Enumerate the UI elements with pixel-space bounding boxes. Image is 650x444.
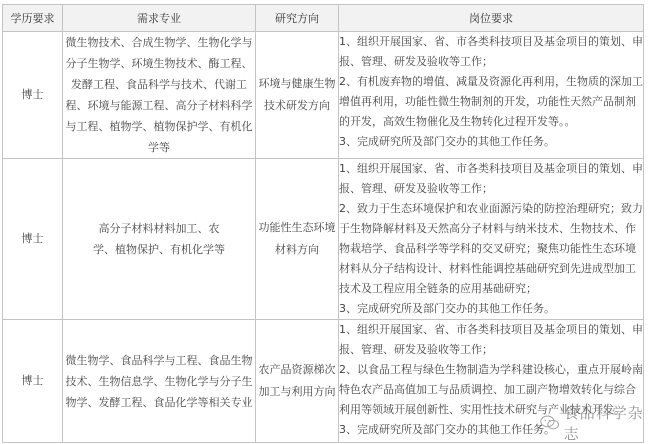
degree-cell: 博士	[3, 159, 63, 320]
watermark-text: 食品科学杂志	[564, 402, 650, 442]
duty-item: 1、组织开展国家、省、市各类科技项目及基金项目的策划、申报、管理、研发及验收等工…	[339, 320, 643, 360]
direction-cell: 环境与健康生物技术研发方向	[256, 32, 339, 159]
header-majors: 需求专业	[63, 5, 256, 32]
header-duties: 岗位要求	[339, 5, 644, 32]
duty-item: 1、组织开展国家、省、市各类科技项目及基金项目的策划、申报、管理、研发及验收等工…	[339, 159, 643, 199]
majors-cell: 高分子材料材料加工、农学、植物保护、有机化学等	[63, 159, 256, 320]
duty-item: 3、完成研究所及部门交办的其他工作任务。	[339, 132, 643, 152]
header-direction: 研究方向	[256, 5, 339, 32]
duty-item: 2、致力于生态环境保护和农业面源污染的防控治理研究；致力于生物降解材料及天然高分…	[339, 199, 643, 299]
duty-item: 3、完成研究所及部门交办的其他工作任务。	[339, 299, 643, 319]
header-degree: 学历要求	[3, 5, 63, 32]
direction-cell: 功能性生态环境材料方向	[256, 159, 339, 320]
majors-cell: 微生物技术、合成生物学、生物化学与分子生物学、环境生物技术、酶工程、发酵工程、食…	[63, 32, 256, 159]
table-row: 博士 微生物技术、合成生物学、生物化学与分子生物学、环境生物技术、酶工程、发酵工…	[3, 32, 644, 159]
recruitment-table-container: 学历要求 需求专业 研究方向 岗位要求 博士 微生物技术、合成生物学、生物化学与…	[2, 4, 643, 442]
duties-cell: 1、组织开展国家、省、市各类科技项目及基金项目的策划、申报、管理、研发及验收等工…	[339, 159, 644, 320]
table-header-row: 学历要求 需求专业 研究方向 岗位要求	[3, 5, 644, 32]
watermark: 食品科学杂志	[540, 402, 650, 442]
duty-item: 1、组织开展国家、省、市各类科技项目及基金项目的策划、申报、管理、研发及验收等工…	[339, 32, 643, 72]
duties-cell: 1、组织开展国家、省、市各类科技项目及基金项目的策划、申报、管理、研发及验收等工…	[339, 32, 644, 159]
degree-cell: 博士	[3, 32, 63, 159]
degree-cell: 博士	[3, 320, 63, 443]
duty-item: 2、有机废弃物的增值、减量及资源化再利用，生物质的深加工增值再利用，功能性微生物…	[339, 72, 643, 132]
table-row: 博士 高分子材料材料加工、农学、植物保护、有机化学等 功能性生态环境材料方向 1…	[3, 159, 644, 320]
wechat-icon	[540, 414, 560, 432]
direction-cell: 农产品资源梯次加工与利用方向	[256, 320, 339, 443]
recruitment-table: 学历要求 需求专业 研究方向 岗位要求 博士 微生物技术、合成生物学、生物化学与…	[2, 4, 644, 442]
majors-cell: 微生物学、食品科学与工程、食品生物技术、生物信息学、生物化学与分子生物学、发酵工…	[63, 320, 256, 443]
